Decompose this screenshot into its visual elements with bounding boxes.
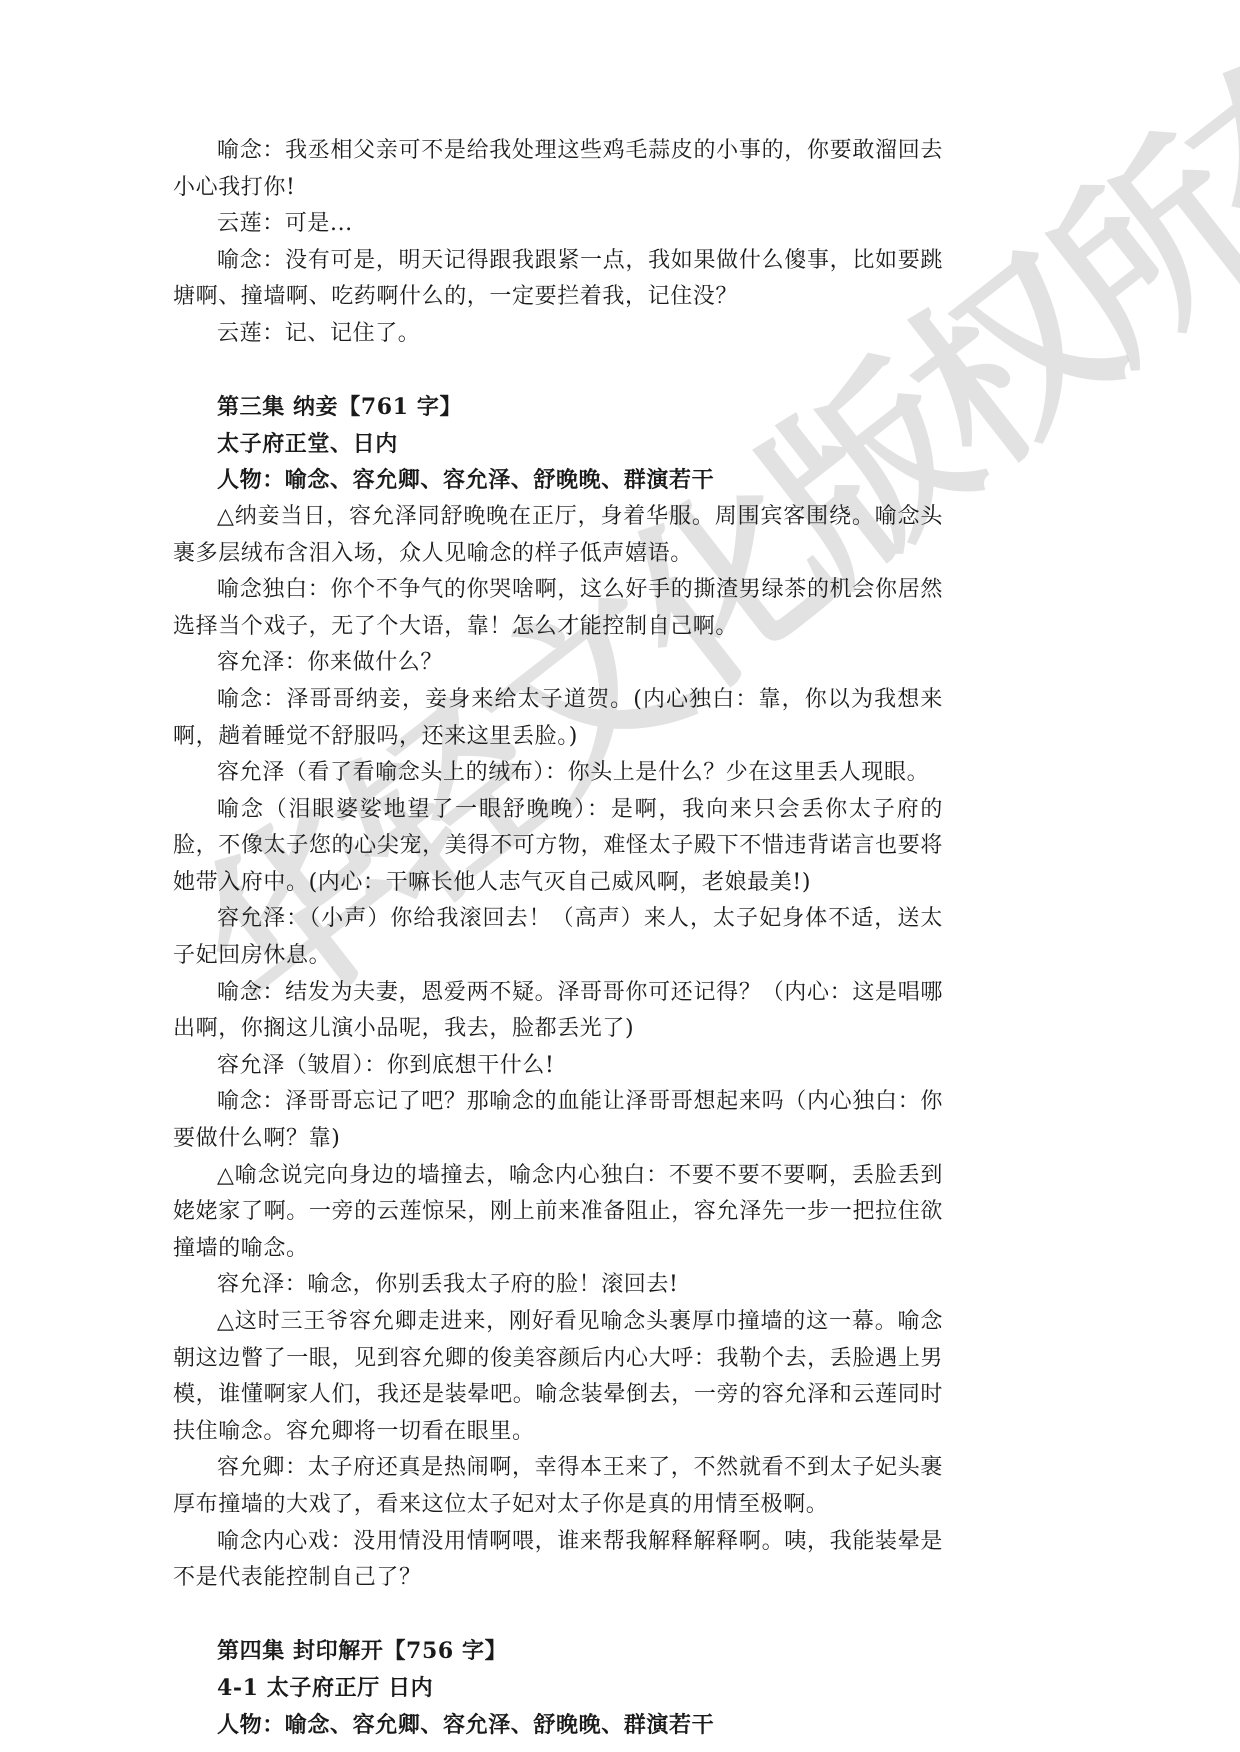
action-line: △纳妾当日，容允泽同舒晚晚在正厅，身着华服。周围宾客围绕。喻念头裹多层绒布含泪入… [173,499,943,572]
scene-heading: 太子府正堂、日内 [173,426,943,463]
dialogue-line: 云莲：记、记住了。 [173,316,943,353]
dialogue-line: 容允卿：太子府还真是热闹啊，幸得本王来了，不然就看不到太子妃头裹厚布撞墙的大戏了… [173,1450,943,1523]
dialogue-line: 喻念（泪眼婆娑地望了一眼舒晚晚）：是啊，我向来只会丢你太子府的脸，不像太子您的心… [173,792,943,902]
dialogue-line: 容允泽（皱眉）：你到底想干什么! [173,1048,943,1085]
dialogue-line: 容允泽：喻念，你别丢我太子府的脸！滚回去! [173,1267,943,1304]
dialogue-line: 喻念：结发为夫妻，恩爱两不疑。泽哥哥你可还记得？（内心：这是唱哪出啊，你搁这儿演… [173,975,943,1048]
dialogue-line: 喻念：我丞相父亲可不是给我处理这些鸡毛蒜皮的小事的，你要敢溜回去小心我打你! [173,133,943,206]
dialogue-line: 云莲：可是... [173,206,943,243]
dialogue-line: 容允泽（看了看喻念头上的绒布）：你头上是什么？少在这里丢人现眼。 [173,755,943,792]
dialogue-line: 容允泽：（小声）你给我滚回去！（高声）来人，太子妃身体不适，送太子妃回房休息。 [173,901,943,974]
spacer [173,1597,943,1634]
dialogue-line: 喻念：泽哥哥纳妾，妾身来给太子道贺。(内心独白：靠，你以为我想来啊，趟着睡觉不舒… [173,682,943,755]
dialogue-line: 喻念内心戏：没用情没用情啊喂，谁来帮我解释解释啊。咦，我能装晕是不是代表能控制自… [173,1524,943,1597]
dialogue-line: 容允泽：你来做什么？ [173,645,943,682]
episode-title: 第四集 封印解开【756 字】 [173,1633,943,1670]
action-line: △喻念说完向身边的墙撞去，喻念内心独白：不要不要不要啊，丢脸丢到姥姥家了啊。一旁… [173,1158,943,1268]
dialogue-line: 喻念：没有可是，明天记得跟我跟紧一点，我如果做什么傻事，比如要跳塘啊、撞墙啊、吃… [173,243,943,316]
dialogue-line: 喻念独白：你个不争气的你哭啥啊，这么好手的撕渣男绿茶的机会你居然选择当个戏子，无… [173,572,943,645]
spacer [173,353,943,390]
episode-title: 第三集 纳妾【761 字】 [173,389,943,426]
action-line: △这时三王爷容允卿走进来，刚好看见喻念头裹厚巾撞墙的这一幕。喻念朝这边瞥了一眼，… [173,1304,943,1450]
dialogue-line: 喻念：泽哥哥忘记了吧？那喻念的血能让泽哥哥想起来吗（内心独白：你要做什么啊？靠) [173,1084,943,1157]
script-page: 喻念：我丞相父亲可不是给我处理这些鸡毛蒜皮的小事的，你要敢溜回去小心我打你! 云… [173,133,943,1743]
cast-list: 人物：喻念、容允卿、容允泽、舒晚晚、群演若干 [173,1707,943,1744]
scene-heading: 4-1 太子府正厅 日内 [173,1670,943,1707]
cast-list: 人物：喻念、容允卿、容允泽、舒晚晚、群演若干 [173,462,943,499]
